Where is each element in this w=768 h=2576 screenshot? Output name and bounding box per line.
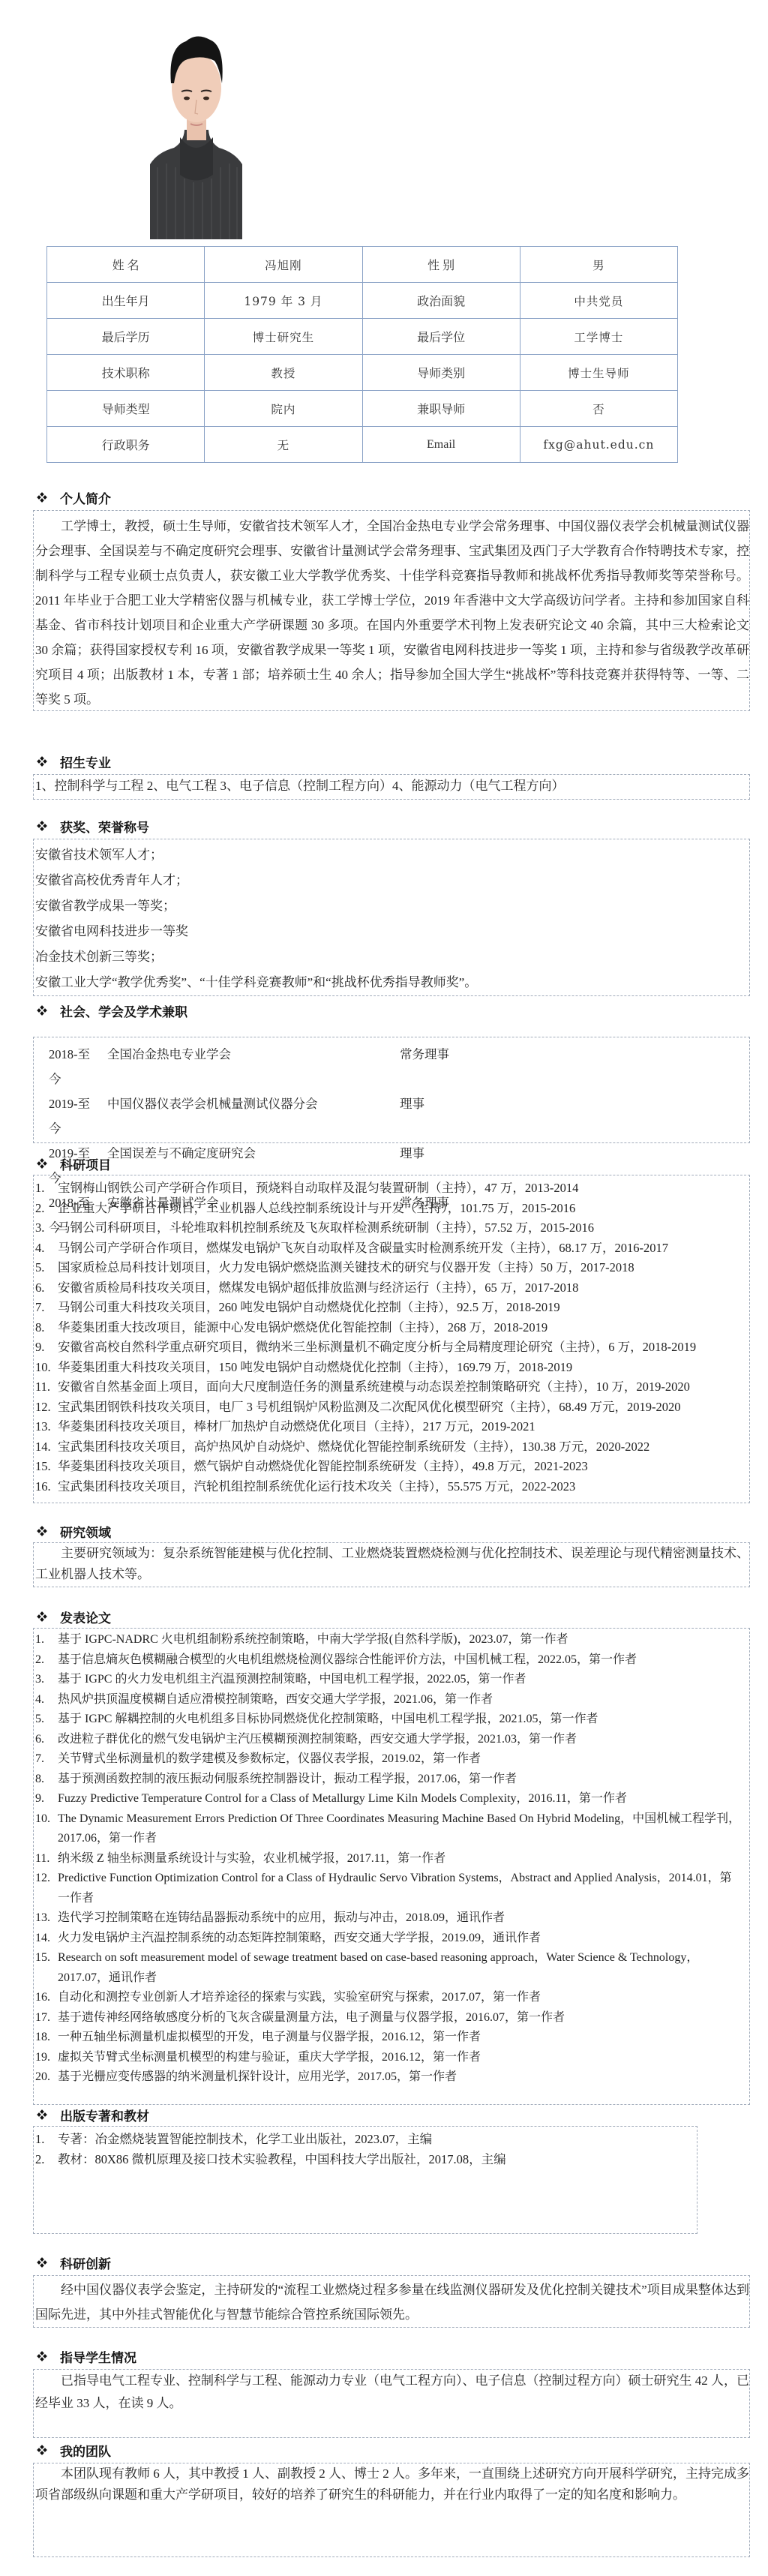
section-title: 指导学生情况 (33, 2346, 750, 2366)
papers-box: 1.基于 IGPC-NADRC 火电机组制粉系统控制策略，中南大学学报(自然科学… (33, 1628, 750, 2105)
label-name: 姓 名 (47, 247, 205, 283)
innovation-text: 经中国仪器仪表学会鉴定，主持研发的“流程工业燃烧过程多参量在线监测仪器研发及优化… (35, 2277, 749, 2327)
majors-box: 1、控制科学与工程 2、电气工程 3、电子信息（控制工程方向）4、能源动力（电气… (33, 774, 750, 800)
list-item: 8.基于预测函数控制的液压振动伺服系统控制器设计，振动工程学报，2017.06，… (35, 1770, 749, 1790)
list-item: 4.马钢公司产学研合作项目，燃煤发电锅炉飞灰自动取样及含碳量实时检测系统开发（主… (35, 1238, 749, 1259)
section-papers: 发表论文 1.基于 IGPC-NADRC 火电机组制粉系统控制策略，中南大学学报… (33, 1607, 750, 2105)
section-title: 社会、学会及学术兼职 (33, 1001, 750, 1020)
section-majors: 招生专业 1、控制科学与工程 2、电气工程 3、电子信息（控制工程方向）4、能源… (33, 752, 750, 800)
list-item: 6.安徽省质检局科技攻关项目，燃煤发电锅炉超低排放监测与经济运行（主持），65 … (35, 1278, 749, 1299)
research-text: 主要研究领域为：复杂系统智能建模与优化控制、工业燃烧装置燃烧检测与优化控制技术、… (35, 1543, 749, 1585)
list-item: 10.华菱集团重大科技攻关项目，150 吨发电锅炉自动燃烧优化控制（主持），16… (35, 1358, 749, 1378)
section-books: 出版专著和教材 1.专著：冶金燃烧装置智能控制技术，化学工业出版社，2023.0… (33, 2105, 697, 2234)
section-title-text: 科研创新 (60, 2253, 111, 2272)
list-item: 7.关节臂式坐标测量机的数学建模及参数标定，仪器仪表学报，2019.02，第一作… (35, 1749, 749, 1770)
list-item: 10.The Dynamic Measurement Errors Predic… (35, 1809, 749, 1849)
value-political: 中共党员 (520, 283, 677, 319)
team-text: 本团队现有教师 6 人，其中教授 1 人、副教授 2 人、博士 2 人。多年来，… (35, 2463, 749, 2505)
section-title: 研究领域 (33, 1521, 750, 1541)
intro-text: 工学博士，教授，硕士生导师，安徽省技术领军人才，全国冶金热电专业学会常务理事、中… (35, 514, 749, 712)
honors-box: 安徽省技术领军人才； 安徽省高校优秀青年人才； 安徽省教学成果一等奖； 安徽省电… (33, 839, 750, 996)
list-item: 1.宝钢梅山钢铁公司产学研合作项目，预烧料自动取样及混匀装置研制（主持），47 … (35, 1178, 749, 1199)
section-title-text: 科研项目 (60, 1154, 111, 1173)
diamond-bullet-icon (37, 2258, 46, 2267)
list-item: 1.基于 IGPC-NADRC 火电机组制粉系统控制策略，中南大学学报(自然科学… (35, 1630, 749, 1650)
society-org: 中国仪器仪表学会机械量测试仪器分会 (101, 1091, 400, 1141)
value-name: 冯旭刚 (205, 247, 362, 283)
innovation-box: 经中国仪器仪表学会鉴定，主持研发的“流程工业燃烧过程多参量在线监测仪器研发及优化… (33, 2275, 750, 2328)
societies-box: 2018-至今 全国冶金热电专业学会 常务理事 2019-至今 中国仪器仪表学会… (33, 1037, 750, 1143)
label-education: 最后学历 (47, 319, 205, 355)
list-item: 11.纳米级 Z 轴坐标测量系统设计与实验，农业机械学报，2017.11，第一作… (35, 1849, 749, 1869)
list-item: 3.基于 IGPC 的火力发电机组主汽温预测控制策略，中国电机工程学报，2022… (35, 1670, 749, 1690)
list-item: 6.改进粒子群优化的燃气发电锅炉主汽压模糊预测控制策略，西安交通大学学报，202… (35, 1730, 749, 1750)
value-supervisor-category: 博士生导师 (520, 355, 677, 391)
section-title: 招生专业 (33, 752, 750, 771)
value-part-time: 否 (520, 391, 677, 427)
table-row: 姓 名 冯旭刚 性 别 男 (47, 247, 678, 283)
table-row: 导师类型 院内 兼职导师 否 (47, 391, 678, 427)
value-gender: 男 (520, 247, 677, 283)
table-row: 出生年月 1979 年 3 月 政治面貌 中共党员 (47, 283, 678, 319)
list-item: 9.安徽省高校自然科学重点研究项目，微纳米三坐标测量机不确定度分析与全局精度理论… (35, 1338, 749, 1358)
section-innovation: 科研创新 经中国仪器仪表学会鉴定，主持研发的“流程工业燃烧过程多参量在线监测仪器… (33, 2253, 750, 2328)
society-year: 2018-至今 (49, 1042, 101, 1091)
list-item: 9.Fuzzy Predictive Temperature Control f… (35, 1789, 749, 1809)
section-title: 科研项目 (33, 1154, 750, 1173)
list-item: 13.华菱集团科技攻关项目，棒材厂加热炉自动燃烧优化项目（主持），217 万元，… (35, 1417, 749, 1437)
section-title: 我的团队 (33, 2440, 750, 2460)
team-box: 本团队现有教师 6 人，其中教授 1 人、副教授 2 人、博士 2 人。多年来，… (33, 2463, 750, 2557)
section-title-text: 我的团队 (60, 2441, 111, 2460)
list-item: 20.基于光栅应变传感器的纳米测量机探针设计，应用光学，2017.05，第一作者 (35, 2067, 749, 2088)
table-row: 技术职称 教授 导师类别 博士生导师 (47, 355, 678, 391)
society-year: 2019-至今 (49, 1091, 101, 1141)
society-org: 全国冶金热电专业学会 (101, 1042, 400, 1091)
label-supervisor-type: 导师类型 (47, 391, 205, 427)
students-text: 已指导电气工程专业、控制科学与工程、能源动力专业（电气工程方向）、电子信息（控制… (35, 2370, 749, 2415)
value-supervisor-type: 院内 (205, 391, 362, 427)
section-title-text: 社会、学会及学术兼职 (60, 1001, 187, 1020)
list-item: 5.基于 IGPC 解耦控制的火电机组多目标协同燃烧优化控制策略，中国电机工程学… (35, 1710, 749, 1730)
value-education: 博士研究生 (205, 319, 362, 355)
label-title: 技术职称 (47, 355, 205, 391)
diamond-bullet-icon (37, 493, 46, 502)
list-item: 1.专著：冶金燃烧装置智能控制技术，化学工业出版社，2023.07，主编 (35, 2130, 697, 2150)
value-email[interactable]: fxg@ahut.edu.cn (520, 427, 677, 463)
profile-info-table: 姓 名 冯旭刚 性 别 男 出生年月 1979 年 3 月 政治面貌 中共党员 … (46, 246, 678, 463)
section-societies: 社会、学会及学术兼职 2018-至今 全国冶金热电专业学会 常务理事 2019-… (33, 1001, 750, 1143)
books-list: 1.专著：冶金燃烧装置智能控制技术，化学工业出版社，2023.07，主编 2.教… (35, 2130, 697, 2169)
society-role: 理事 (400, 1091, 424, 1141)
diamond-bullet-icon (37, 1006, 46, 1015)
diamond-bullet-icon (37, 1527, 46, 1536)
intro-box: 工学博士，教授，硕士生导师，安徽省技术领军人才，全国冶金热电专业学会常务理事、中… (33, 510, 750, 711)
list-item: 14.宝武集团科技攻关项目，高炉热风炉自动烧炉、燃烧优化智能控制系统研发（主持）… (35, 1437, 749, 1458)
section-title: 获奖、荣誉称号 (33, 816, 750, 836)
section-title: 发表论文 (33, 1607, 750, 1626)
value-degree: 工学博士 (520, 319, 677, 355)
portrait-image (150, 25, 242, 239)
diamond-bullet-icon (37, 1612, 46, 1621)
list-item: 2.企业重大产学研合作项目，工业机器人总线控制系统设计与开发（主持），101.7… (35, 1199, 749, 1219)
section-title-text: 招生专业 (60, 752, 111, 771)
label-degree: 最后学位 (362, 319, 520, 355)
diamond-bullet-icon (37, 2110, 46, 2119)
section-intro: 个人简介 工学博士，教授，硕士生导师，安徽省技术领军人才，全国冶金热电专业学会常… (33, 488, 750, 711)
list-item: 13.迭代学习控制策略在连铸结晶器振动系统中的应用，振动与冲击，2018.09，… (35, 1908, 749, 1929)
section-honors: 获奖、荣誉称号 安徽省技术领军人才； 安徽省高校优秀青年人才； 安徽省教学成果一… (33, 816, 750, 996)
list-item: 11.安徽省自然基金面上项目，面向大尺度制造任务的测量系统建模与动态误差控制策略… (35, 1377, 749, 1398)
list-item: 12.宝武集团钢铁科技攻关项目，电厂 3 号机组锅炉风粉监测及二次配风优化模型研… (35, 1398, 749, 1418)
diamond-bullet-icon (37, 821, 46, 830)
research-box: 主要研究领域为：复杂系统智能建模与优化控制、工业燃烧装置燃烧检测与优化控制技术、… (33, 1542, 750, 1587)
society-row: 2018-至今 全国冶金热电专业学会 常务理事 (35, 1042, 749, 1091)
list-item: 安徽省教学成果一等奖； (35, 893, 749, 919)
list-item: 安徽省电网科技进步一等奖 (35, 919, 749, 944)
section-title-text: 获奖、荣誉称号 (60, 817, 149, 836)
section-research: 研究领域 主要研究领域为：复杂系统智能建模与优化控制、工业燃烧装置燃烧检测与优化… (33, 1521, 750, 1587)
diamond-bullet-icon (37, 1159, 46, 1168)
label-email: Email (362, 427, 520, 463)
list-item: 16.宝武集团科技攻关项目，汽轮机组控制系统优化运行技术攻关（主持），55.57… (35, 1477, 749, 1497)
list-item: 安徽工业大学“教学优秀奖”、“十佳学科竞赛教师”和“挑战杯优秀指导教师奖”。 (35, 970, 749, 995)
students-box: 已指导电气工程专业、控制科学与工程、能源动力专业（电气工程方向）、电子信息（控制… (33, 2369, 750, 2438)
list-item: 15.华菱集团科技攻关项目，燃气锅炉自动燃烧优化智能控制系统研发（主持），49.… (35, 1457, 749, 1477)
table-row: 行政职务 无 Email fxg@ahut.edu.cn (47, 427, 678, 463)
label-gender: 性 别 (362, 247, 520, 283)
books-box: 1.专著：冶金燃烧装置智能控制技术，化学工业出版社，2023.07，主编 2.教… (33, 2126, 697, 2234)
section-title: 出版专著和教材 (33, 2105, 697, 2124)
list-item: 安徽省技术领军人才； (35, 842, 749, 868)
list-item: 5.国家质检总局科技计划项目，火力发电锅炉燃烧监测关键技术的研究与仪器开发（主持… (35, 1258, 749, 1278)
section-students: 指导学生情况 已指导电气工程专业、控制科学与工程、能源动力专业（电气工程方向）、… (33, 2346, 750, 2438)
profile-photo (150, 25, 242, 239)
label-birth: 出生年月 (47, 283, 205, 319)
list-item: 17.基于遗传神经网络敏感度分析的飞灰含碳量测量方法，电子测量与仪器学报，201… (35, 2008, 749, 2028)
value-birth: 1979 年 3 月 (205, 283, 362, 319)
diamond-bullet-icon (37, 2445, 46, 2454)
label-admin-post: 行政职务 (47, 427, 205, 463)
section-title-text: 发表论文 (60, 1608, 111, 1626)
list-item: 冶金技术创新三等奖； (35, 944, 749, 970)
table-row: 最后学历 博士研究生 最后学位 工学博士 (47, 319, 678, 355)
section-title-text: 个人简介 (60, 488, 111, 507)
section-title-text: 指导学生情况 (60, 2347, 136, 2366)
label-supervisor-category: 导师类别 (362, 355, 520, 391)
projects-list: 1.宝钢梅山钢铁公司产学研合作项目，预烧料自动取样及混匀装置研制（主持），47 … (35, 1178, 749, 1497)
section-title: 科研创新 (33, 2253, 750, 2272)
list-item: 2.教材：80X86 微机原理及接口技术实验教程，中国科技大学出版社，2017.… (35, 2150, 697, 2170)
value-title: 教授 (205, 355, 362, 391)
honors-list: 安徽省技术领军人才； 安徽省高校优秀青年人才； 安徽省教学成果一等奖； 安徽省电… (35, 842, 749, 995)
section-title-text: 研究领域 (60, 1522, 111, 1541)
diamond-bullet-icon (37, 757, 46, 766)
diamond-bullet-icon (37, 2352, 46, 2361)
list-item: 15.Research on soft measurement model of… (35, 1948, 749, 1988)
society-role: 常务理事 (400, 1042, 449, 1091)
value-admin-post: 无 (205, 427, 362, 463)
section-title-text: 出版专著和教材 (60, 2106, 149, 2124)
list-item: 安徽省高校优秀青年人才； (35, 868, 749, 893)
list-item: 12.Predictive Function Optimization Cont… (35, 1869, 749, 1908)
list-item: 19.虚拟关节臂式坐标测量机模型的构建与验证，重庆大学学报，2016.12，第一… (35, 2048, 749, 2068)
list-item: 2.基于信息熵灰色模糊融合模型的火电机组燃烧检测仪器综合性能评价方法，中国机械工… (35, 1650, 749, 1671)
list-item: 8.华菱集团重大技改项目，能源中心发电锅炉燃烧优化智能控制（主持），268 万，… (35, 1318, 749, 1338)
list-item: 18.一种五轴坐标测量机虚拟模型的开发，电子测量与仪器学报，2016.12，第一… (35, 2028, 749, 2048)
list-item: 14.火力发电锅炉主汽温控制系统的动态矩阵控制策略，西安交通大学学报，2019.… (35, 1929, 749, 1949)
list-item: 16.自动化和测控专业创新人才培养途径的探索与实践，实验室研究与探索，2017.… (35, 1988, 749, 2008)
label-part-time: 兼职导师 (362, 391, 520, 427)
list-item: 3.马钢公司科研项目，斗轮堆取料机控制系统及飞灰取样检测系统研制（主持），57.… (35, 1218, 749, 1238)
society-row: 2019-至今 中国仪器仪表学会机械量测试仪器分会 理事 (35, 1091, 749, 1141)
section-projects: 科研项目 1.宝钢梅山钢铁公司产学研合作项目，预烧料自动取样及混匀装置研制（主持… (33, 1154, 750, 1503)
list-item: 4.热风炉拱顶温度模糊自适应滑模控制策略，西安交通大学学报，2021.06，第一… (35, 1690, 749, 1710)
majors-text: 1、控制科学与工程 2、电气工程 3、电子信息（控制工程方向）4、能源动力（电气… (35, 775, 749, 797)
projects-box: 1.宝钢梅山钢铁公司产学研合作项目，预烧料自动取样及混匀装置研制（主持），47 … (33, 1175, 750, 1503)
papers-list: 1.基于 IGPC-NADRC 火电机组制粉系统控制策略，中南大学学报(自然科学… (35, 1630, 749, 2088)
section-title: 个人简介 (33, 488, 750, 507)
label-political: 政治面貌 (362, 283, 520, 319)
section-team: 我的团队 本团队现有教师 6 人，其中教授 1 人、副教授 2 人、博士 2 人… (33, 2440, 750, 2557)
list-item: 7.马钢公司重大科技攻关项目，260 吨发电锅炉自动燃烧优化控制（主持），92.… (35, 1298, 749, 1318)
